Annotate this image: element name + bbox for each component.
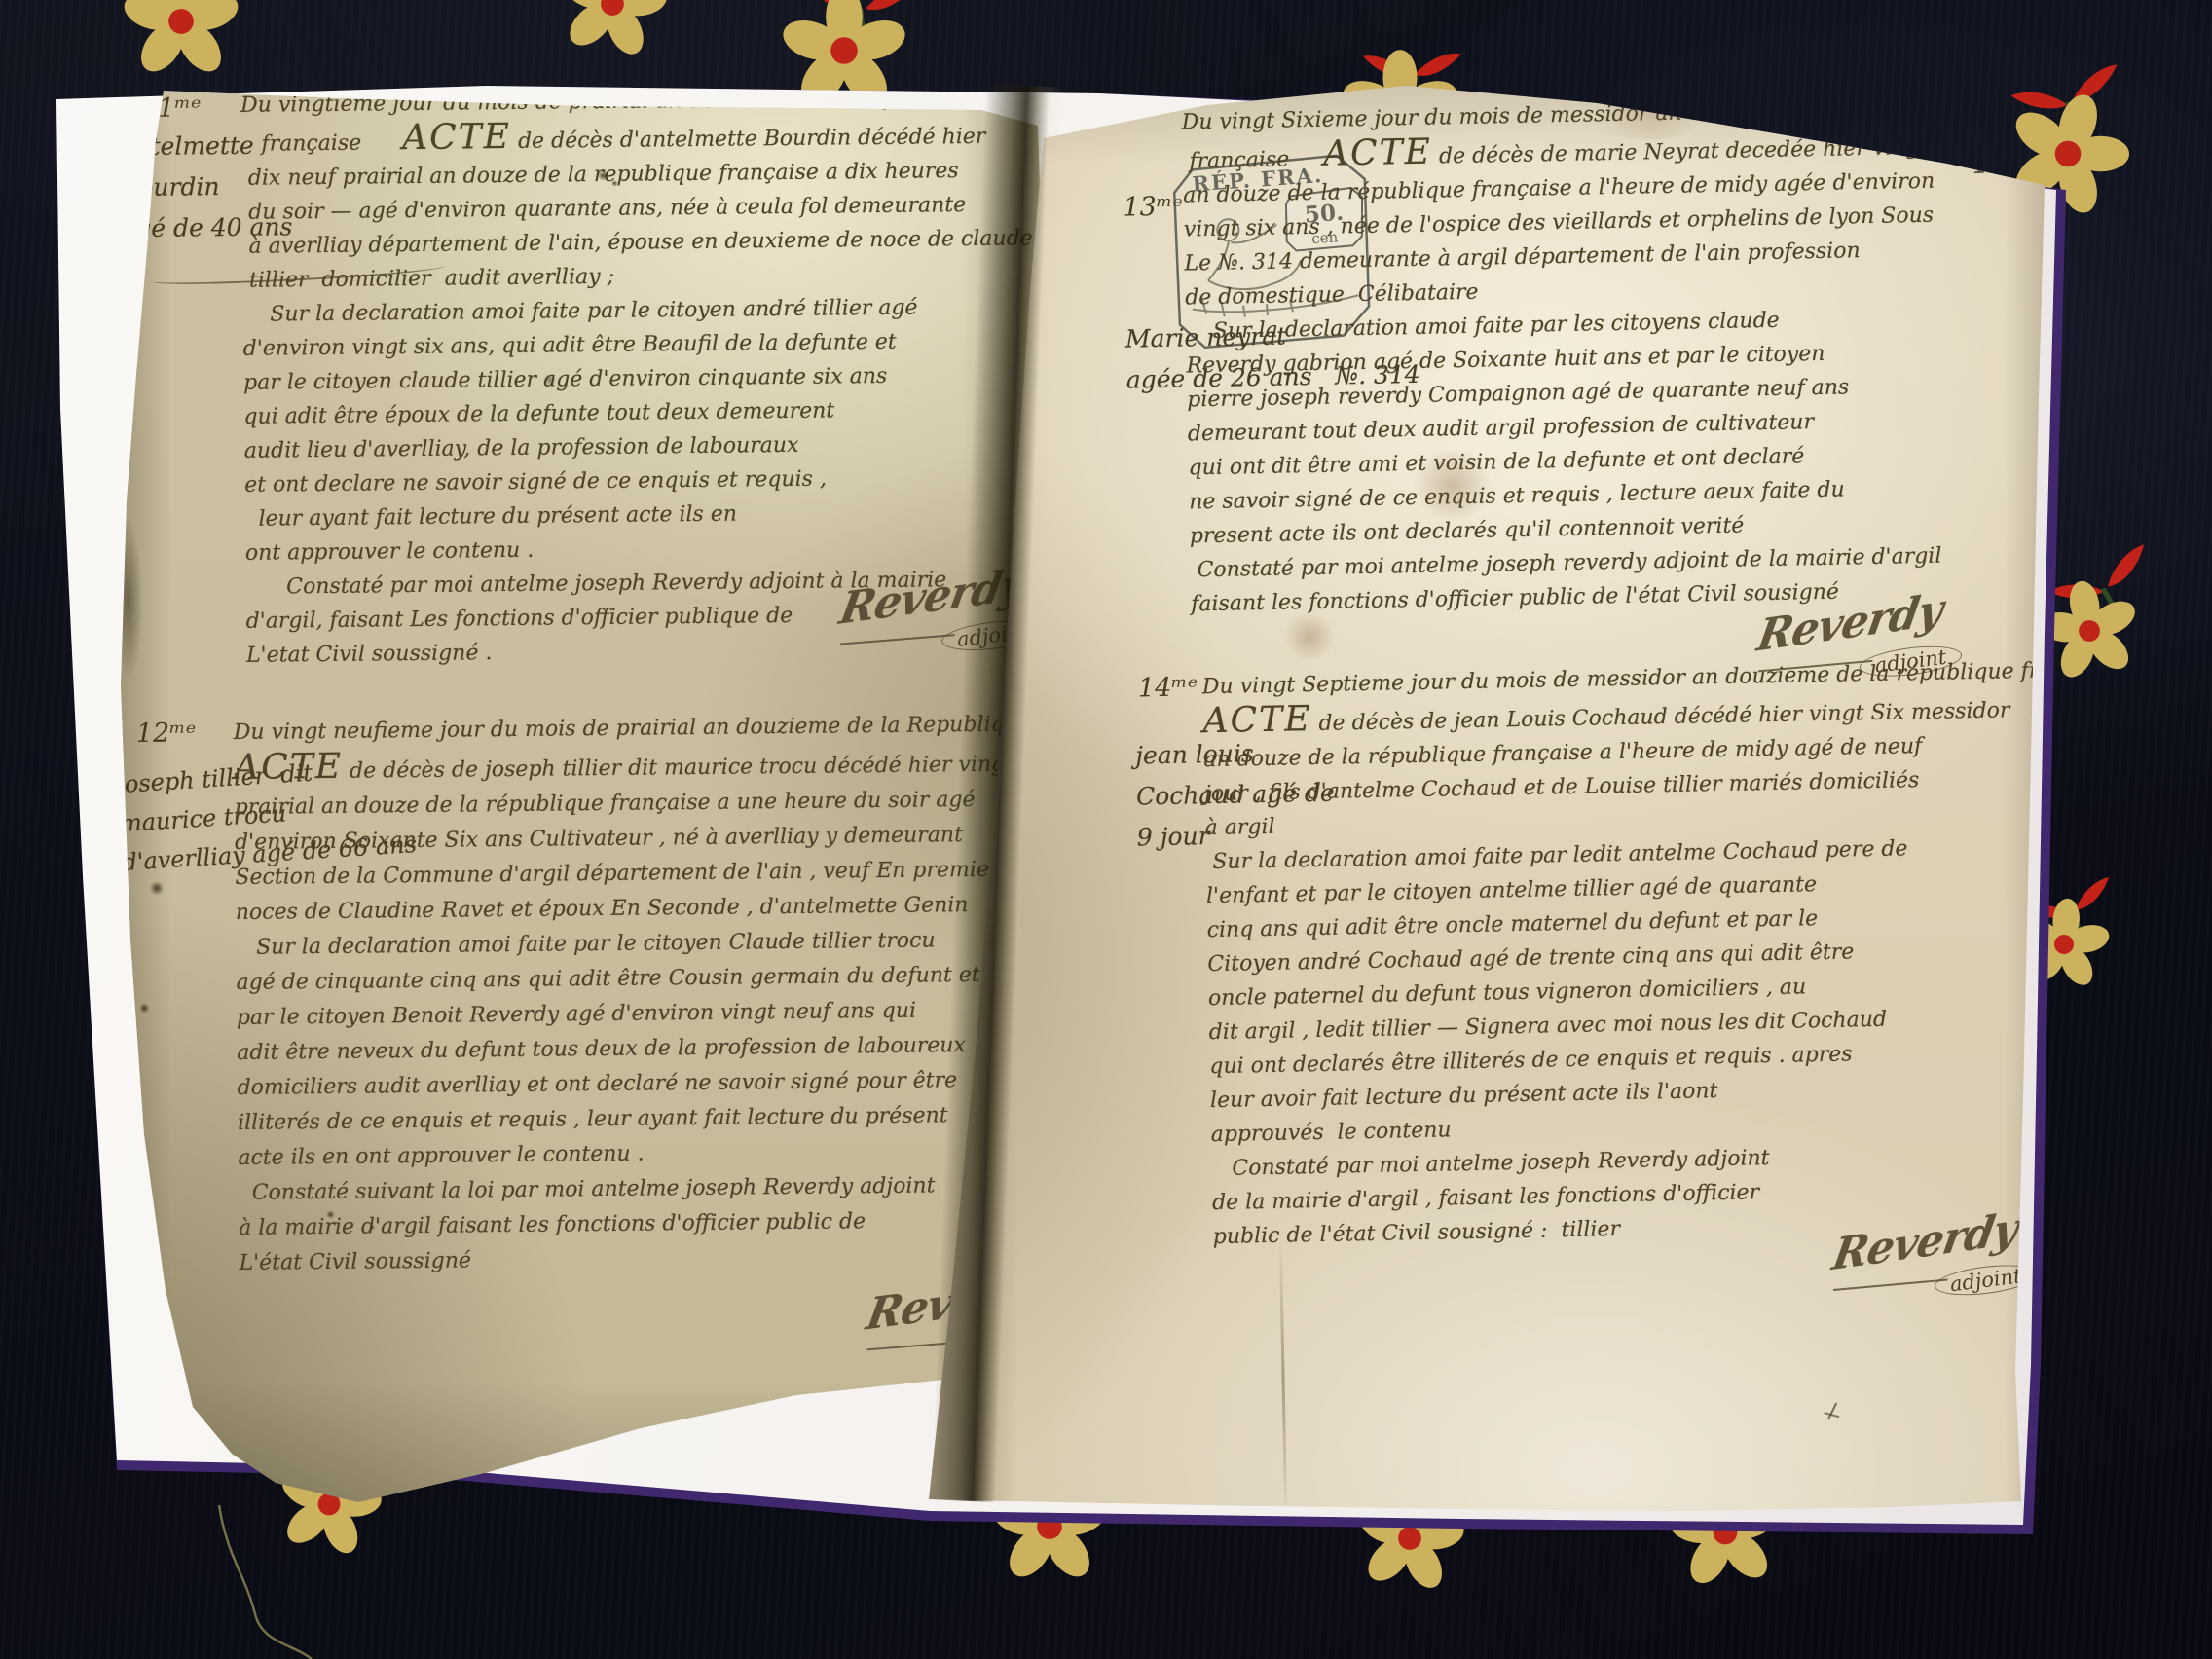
act-14-margin-number: 14ᵐᵉ [1138,672,1198,703]
acte-word: ACTE [402,117,511,158]
acte-word: ACTE [234,747,343,788]
ink-speck [149,881,164,896]
right-page: 4 13ᵐᵉ RÉP. FRA. 50. cen Marie neyratagé… [915,76,2049,1529]
signature-flourish [840,634,955,645]
photo-of-register: 11ᵐᵉ antelmetteBourdinagé de 40 ans Du v… [0,0,2212,1659]
act-12-margin-number: 12ᵐᵉ [136,718,197,749]
act-14-body: Du vingt Septieme jour du mois de messid… [1202,652,2132,1254]
act-14-signature: Reverdy adjoint [1831,1214,2037,1297]
ink-scribble [1827,1403,1851,1426]
paper-stain [1279,614,1339,660]
ink-speck [369,1224,375,1230]
ink-speck [326,1210,335,1219]
ink-speck [611,180,618,187]
ink-speck [543,373,556,386]
left-page: 11ᵐᵉ antelmetteBourdinagé de 40 ans Du v… [115,83,1057,1509]
act-13-body: Du vingt Sixieme jour du mois de messido… [1181,89,2095,622]
ink-speck [139,1003,150,1014]
signature-flourish [1833,1278,1948,1290]
acte-word: ACTE [1323,132,1433,174]
paper-crease [1279,1238,1288,1521]
acte-word: ACTE [1202,699,1312,741]
ink-speck [598,170,608,181]
